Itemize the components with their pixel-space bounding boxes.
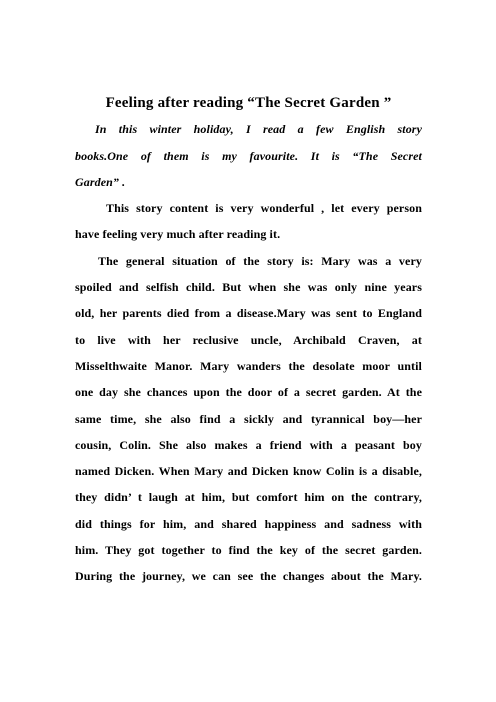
text-line: In this winter holiday, I read a few Eng…	[75, 116, 422, 142]
text-line: spoiled and selfish child. But when she …	[75, 274, 422, 300]
text-line: During the journey, we can see the chang…	[75, 563, 422, 589]
paragraph: This story content is very wonderful , l…	[75, 195, 422, 248]
text-line: have feeling very much after reading it.	[75, 221, 422, 247]
text-line: Garden” .	[75, 169, 422, 195]
text-line: did things for him, and shared happiness…	[75, 511, 422, 537]
essay-title: Feeling after reading “The Secret Garden…	[75, 90, 422, 116]
document-page: Feeling after reading “The Secret Garden…	[0, 0, 496, 702]
paragraph: In this winter holiday, I read a few Eng…	[75, 116, 422, 195]
essay-body: In this winter holiday, I read a few Eng…	[75, 116, 422, 589]
text-line: to live with her reclusive uncle, Archib…	[75, 327, 422, 353]
text-line: one day she chances upon the door of a s…	[75, 379, 422, 405]
text-line: named Dicken. When Mary and Dicken know …	[75, 458, 422, 484]
paragraph: The general situation of the story is: M…	[75, 248, 422, 590]
text-line: The general situation of the story is: M…	[75, 248, 422, 274]
text-line: Misselthwaite Manor. Mary wanders the de…	[75, 353, 422, 379]
text-line: same time, she also find a sickly and ty…	[75, 406, 422, 432]
text-line: cousin, Colin. She also makes a friend w…	[75, 432, 422, 458]
text-line: This story content is very wonderful , l…	[75, 195, 422, 221]
text-line: him. They got together to find the key o…	[75, 537, 422, 563]
text-line: old, her parents died from a disease.Mar…	[75, 300, 422, 326]
essay-content: Feeling after reading “The Secret Garden…	[75, 90, 422, 590]
text-line: books.One of them is my favourite. It is…	[75, 143, 422, 169]
text-line: they didn’ t laugh at him, but comfort h…	[75, 484, 422, 510]
